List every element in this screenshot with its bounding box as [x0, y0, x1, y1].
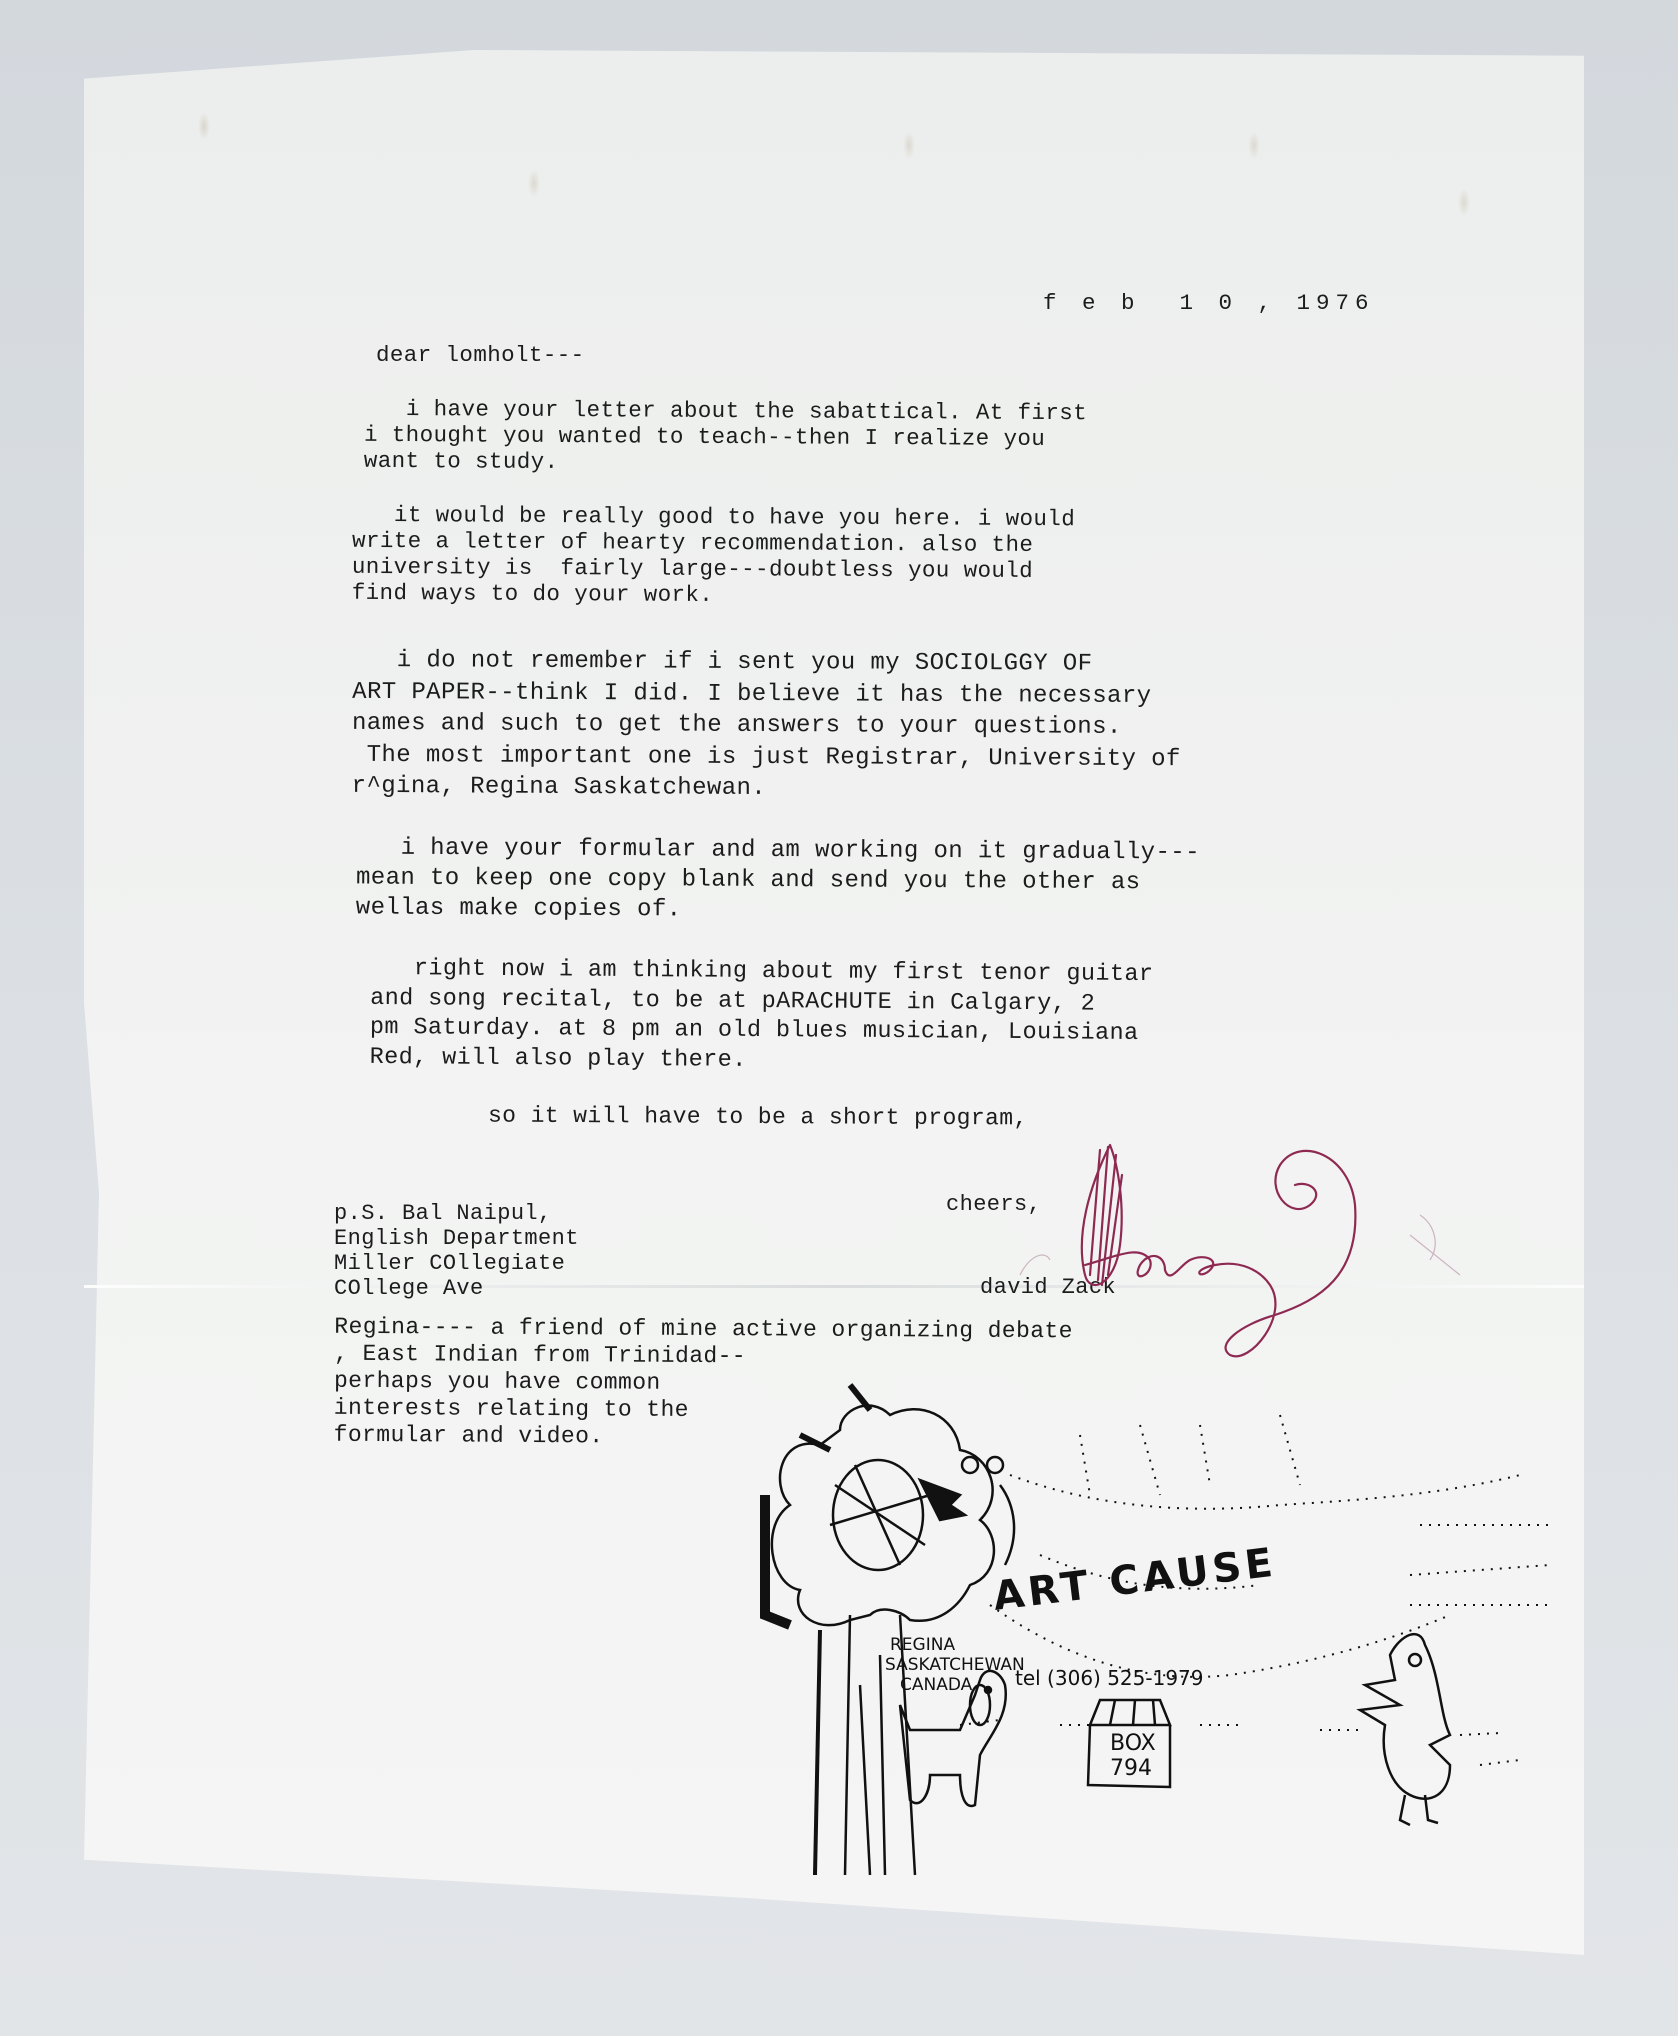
paragraph-recital: right now i am thinking about my first t… — [370, 954, 1154, 1078]
bird-icon — [1360, 1634, 1450, 1825]
letterhead-box: BOX 794 — [1110, 1731, 1156, 1781]
paragraph-sociology-paper: i do not remember if i sent you my SOCIO… — [352, 645, 1182, 807]
letterhead-location: REGINA SASKATCHEWAN CANADA — [885, 1635, 1025, 1695]
svg-text:BOX: BOX — [1110, 1731, 1156, 1756]
letterhead-title: ART CAUSE — [991, 1540, 1279, 1620]
postscript-address: p.S. Bal Naipul, English Department Mill… — [334, 1201, 579, 1301]
svg-text:REGINA: REGINA — [890, 1635, 955, 1655]
art-cause-letterhead: ART CAUSE REGINA SASKATCHEWAN CANADA tel… — [760, 1355, 1560, 1885]
svg-text:794: 794 — [1110, 1756, 1152, 1781]
letterhead-telephone: tel (306) 525-1979 — [1015, 1666, 1204, 1690]
salutation: dear lomholt--- — [376, 342, 585, 368]
svg-text:CANADA: CANADA — [900, 1675, 973, 1695]
paragraph-formular: i have your formular and am working on i… — [356, 833, 1200, 928]
paragraph-recommendation: it would be really good to have you here… — [352, 502, 1076, 610]
svg-text:SASKATCHEWAN: SASKATCHEWAN — [885, 1655, 1025, 1675]
letter-date: f e b 1 0 , 1976 — [1043, 290, 1375, 316]
tree-icon — [765, 1385, 1014, 1875]
paragraph-short-program: so it will have to be a short program, — [488, 1103, 1028, 1132]
paragraph-sabbatical: i have your letter about the sabattical.… — [364, 396, 1087, 478]
